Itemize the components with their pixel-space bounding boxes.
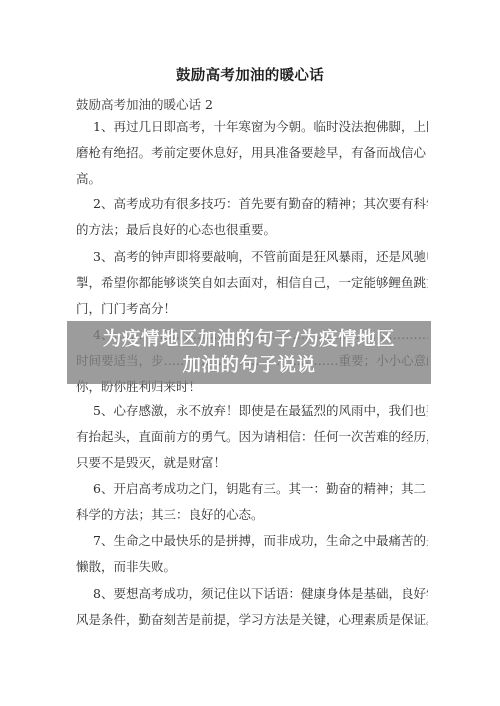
- item-line: 1、再过几日即高考，十年寒窗为今朝。临时没法抱佛脚，上阵: [76, 114, 428, 140]
- item-line: 掣，希望你都能够谈笑自如去面对，相信自己，一定能够鲤鱼跳龙: [76, 270, 428, 296]
- item-line: 3、高考的钟声即将要敲响，不管前面是狂风暴雨，还是风驰电: [76, 244, 428, 270]
- list-item-2: 2、高考成功有很多技巧：首先要有勤奋的精神；其次要有科学 的方法；最后良好的心态…: [76, 191, 428, 243]
- document-subtitle: 鼓励高考加油的暖心话 2: [76, 95, 213, 113]
- list-item-5: 5、心存感激，永不放弃！即使是在最猛烈的风雨中，我们也要 有抬起头，直面前方的勇…: [76, 398, 428, 476]
- overlay-title-line-2: 加油的句子说说: [182, 353, 315, 379]
- item-line: 风是条件，勤奋刻苦是前提，学习方法是关键，心理素质是保证。: [76, 607, 428, 633]
- item-line: 8、要想高考成功，须记住以下话语：健康身体是基础，良好学: [76, 581, 428, 607]
- item-line: 门，门门考高分！: [76, 296, 428, 322]
- item-line: 高。: [76, 166, 428, 192]
- item-line: 的方法；最后良好的心态也很重要。: [76, 217, 428, 243]
- item-line: 2、高考成功有很多技巧：首先要有勤奋的精神；其次要有科学: [76, 191, 428, 217]
- item-line: 6、开启高考成功之门，钥匙有三。其一：勤奋的精神；其二：: [76, 476, 428, 502]
- document-page: 鼓励高考加油的暖心话 鼓励高考加油的暖心话 2 1、再过几日即高考，十年寒窗为今…: [0, 0, 500, 706]
- document-title: 鼓励高考加油的暖心话: [0, 64, 500, 85]
- item-line: 有抬起头，直面前方的勇气。因为请相信：任何一次苦难的经历，: [76, 424, 428, 450]
- item-line: 科学的方法；其三：良好的心态。: [76, 502, 428, 528]
- list-item-6: 6、开启高考成功之门，钥匙有三。其一：勤奋的精神；其二： 科学的方法；其三：良好…: [76, 476, 428, 528]
- list-item-7: 7、生命之中最快乐的是拼搏，而非成功，生命之中最痛苦的是 懒散，而非失败。: [76, 528, 428, 580]
- item-line: 7、生命之中最快乐的是拼搏，而非成功，生命之中最痛苦的是: [76, 528, 428, 554]
- item-line: 只要不是毁灭，就是财富！: [76, 450, 428, 476]
- item-line: 5、心存感激，永不放弃！即使是在最猛烈的风雨中，我们也要: [76, 398, 428, 424]
- overlay-title-line-1: 为疫情地区加油的句子/为疫情地区: [103, 327, 395, 353]
- list-item-3: 3、高考的钟声即将要敲响，不管前面是狂风暴雨，还是风驰电 掣，希望你都能够谈笑自…: [76, 244, 428, 322]
- overlay-title-banner: 为疫情地区加油的句子/为疫情地区 加油的句子说说: [67, 321, 431, 384]
- list-item-8: 8、要想高考成功，须记住以下话语：健康身体是基础，良好学 风是条件，勤奋刻苦是前…: [76, 581, 428, 633]
- item-line: 懒散，而非失败。: [76, 554, 428, 580]
- list-item-1: 1、再过几日即高考，十年寒窗为今朝。临时没法抱佛脚，上阵 磨枪有绝招。考前定要休…: [76, 114, 428, 192]
- item-line: 磨枪有绝招。考前定要休息好，用具准备要趁早，有备而战信心: [76, 140, 428, 166]
